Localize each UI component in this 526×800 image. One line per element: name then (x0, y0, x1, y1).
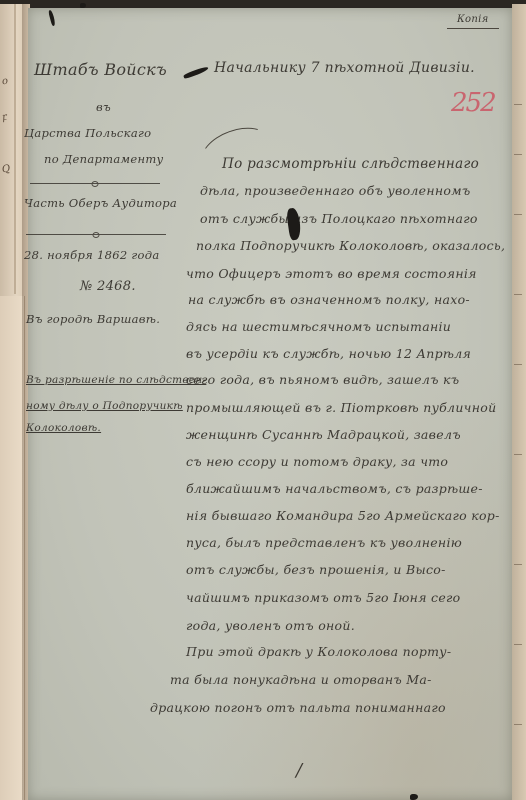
body-line: драцкою погонъ отъ пальта пониманнаго (150, 700, 446, 715)
body-line: на службѣ въ означенномъ полку, нахо- (188, 292, 470, 307)
body-line: та была понукадѣна и оторванъ Ма- (170, 672, 432, 687)
page-continuation-mark: / (296, 760, 302, 781)
sender-preposition: въ (96, 100, 111, 114)
left-column-divider (26, 234, 166, 235)
body-line: отъ службы, безъ прошенія, и Высо- (186, 562, 446, 577)
copy-mark: Копія (457, 14, 489, 25)
body-line: что Офицеръ этотъ во время состоянія (186, 266, 477, 281)
document-number: № 2468. (80, 279, 136, 294)
copy-mark-underline (447, 28, 499, 29)
body-line: промышляющей въ г. Піотрковѣ публичной (186, 400, 496, 415)
body-line: дясь на шестимѣсячномъ испытаніи (186, 319, 451, 334)
body-line: По разсмотрѣніи слѣдственнаго (222, 156, 479, 172)
body-line: пуса, былъ представленъ къ уволненію (186, 535, 462, 550)
body-line: При этой дракѣ у Колоколова порту- (186, 644, 451, 659)
subject-line-3: Колоколовѣ. (26, 422, 101, 434)
body-line: года, уволенъ отъ оной. (186, 618, 355, 633)
body-line: въ усердіи къ службѣ, ночью 12 Апрѣля (186, 346, 471, 361)
document-place: Въ городѣ Варшавѣ. (26, 312, 160, 326)
body-line: чайшимъ приказомъ отъ 5го Іюня сего (186, 590, 461, 605)
book-spine-line (14, 4, 16, 294)
body-line: отъ службы изъ Полоцкаго пѣхотнаго (200, 211, 478, 226)
scan-top-edge (0, 0, 526, 6)
subject-line-1: Въ разрѣшеніе по слѣдствен- (26, 374, 206, 386)
body-line: съ нею ссору и потомъ драку, за что (186, 454, 448, 469)
department: Часть Оберъ Аудитора (24, 196, 177, 210)
sender-heading: Штабъ Войскъ (34, 60, 167, 79)
left-page-scribble: Q (1, 163, 11, 175)
subject-line-2: ному дѣлу о Подпоручикѣ (26, 400, 183, 412)
body-line: полка Подпоручикѣ Колоколовѣ, оказалось, (196, 238, 505, 253)
addressee: Начальнику 7 пѣхотной Дивизіи. (214, 60, 475, 76)
org-line-1: Царства Польскаго (24, 126, 151, 140)
body-line: дѣла, произведеннаго объ уволенномъ (200, 183, 471, 198)
left-column-divider (30, 183, 160, 184)
body-line: нія бывшаго Командира 5го Армейскаго кор… (186, 508, 500, 523)
body-line: ближайшимъ начальствомъ, съ разрѣше- (186, 481, 483, 496)
body-line: сего года, въ пьяномъ видѣ, зашелъ къ (186, 372, 459, 387)
adjacent-right-page (512, 4, 526, 800)
left-page-scribble: ꝼ (1, 112, 7, 124)
archive-folio-number: 252 (451, 88, 495, 118)
left-page-scribble: o (1, 76, 9, 88)
document-date: 28. ноября 1862 года (24, 248, 160, 262)
body-line: женщинѣ Сусаннѣ Мадрацкой, завелъ (186, 427, 461, 442)
org-line-2: по Департаменту (44, 152, 164, 166)
